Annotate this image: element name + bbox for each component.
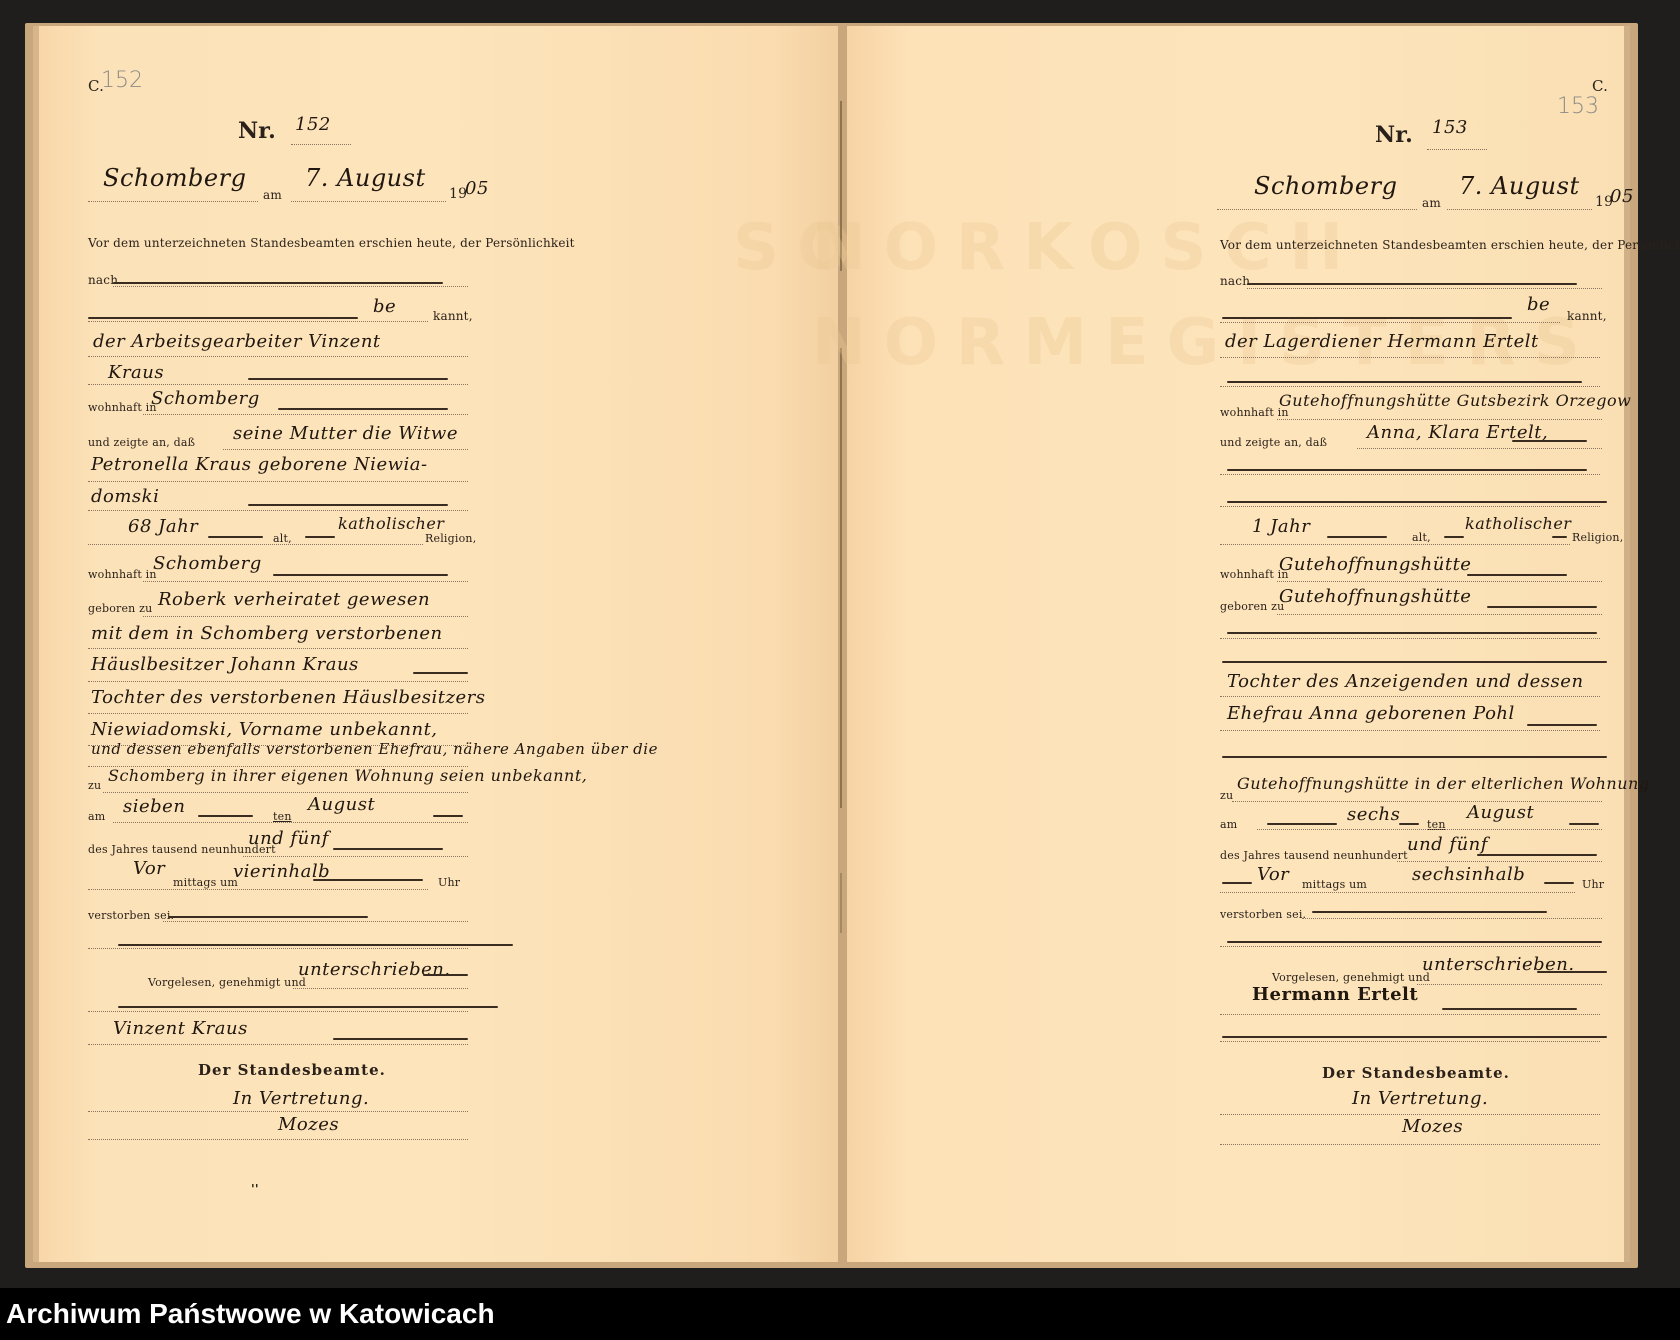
deceased-age: 1 Jahr: [1252, 516, 1310, 537]
ink-fill-line: [1227, 381, 1582, 383]
ink-fill-line: [413, 672, 468, 674]
ink-fill-line: [248, 378, 448, 380]
dotted-line: [1277, 419, 1602, 420]
dotted-line: [1397, 861, 1602, 862]
dotted-line: [1277, 614, 1602, 615]
extra-line-1: Tochter des Anzeigenden und dessen: [1227, 671, 1584, 692]
dotted-line: [1217, 209, 1417, 210]
alt-label: alt,: [1412, 531, 1431, 544]
dotted-line: [1220, 357, 1600, 358]
dotted-line: [88, 948, 468, 949]
dotted-line: [223, 449, 468, 450]
dotted-line: [1220, 638, 1600, 639]
dotted-line: [1277, 581, 1602, 582]
ink-fill-line: [1537, 971, 1607, 973]
wohnhaft-label: wohnhaft in: [88, 401, 157, 414]
record-place: Schomberg: [103, 164, 246, 192]
right-page-record-153: NORKOSCH NORMEGISTERS C. 153 Nr. 153 Sch…: [847, 26, 1630, 1262]
dotted-line: [291, 144, 351, 145]
extra-line-5: und dessen ebenfalls verstorbenen Ehefra…: [91, 740, 658, 758]
dotted-line: [88, 1011, 468, 1012]
wohnhaft-label-2: wohnhaft in: [88, 568, 157, 581]
ink-fill-line: [423, 974, 468, 976]
dotted-line: [1302, 918, 1602, 919]
in-vertretung: In Vertretung.: [1352, 1088, 1488, 1109]
ink-fill-line: [118, 944, 513, 946]
ink-fill-line: [433, 815, 463, 817]
ink-fill-line: [1442, 1008, 1577, 1010]
dotted-line: [113, 286, 468, 287]
informant-signature: Vinzent Kraus: [113, 1018, 248, 1039]
dotted-line: [1232, 801, 1602, 802]
am-label-2: am: [88, 810, 105, 823]
extra-line-1: mit dem in Schomberg verstorbenen: [91, 623, 443, 644]
dotted-line: [88, 713, 468, 714]
uhr-label: Uhr: [1582, 878, 1604, 891]
standesbeamte-heading: Der Standesbeamte.: [1322, 1064, 1510, 1082]
ink-fill-line: [1227, 469, 1587, 471]
am-label: am: [263, 188, 282, 202]
am-label-2: am: [1220, 818, 1237, 831]
preamble-text: Vor dem unterzeichneten Standesbeamten e…: [88, 236, 575, 250]
ink-fill-line: [1222, 756, 1607, 758]
ink-fill-line: [1487, 606, 1597, 608]
dotted-line: [1357, 448, 1602, 449]
page-edge: [1624, 26, 1630, 1262]
informant-line-1: der Arbeitsgearbeiter Vinzent: [93, 331, 381, 352]
deceased-age: 68 Jahr: [128, 516, 198, 537]
dotted-line: [88, 481, 468, 482]
zeigte-an-label: und zeigte an, daß: [88, 436, 195, 449]
extra-line-2: Häuslbesitzer Johann Kraus: [91, 654, 359, 675]
vorgelesen-label: Vorgelesen, genehmigt und: [148, 976, 306, 989]
geboren-label: geboren zu: [88, 602, 152, 615]
dotted-line: [1220, 1041, 1600, 1042]
gutter-stitch: [840, 873, 842, 933]
dotted-line: [243, 856, 468, 857]
dotted-line: [1220, 386, 1600, 387]
official-signature: Mozes: [1402, 1116, 1463, 1137]
record-nr-label: Nr.: [1375, 122, 1413, 148]
dotted-line: [88, 356, 468, 357]
extra-line-3: Tochter des verstorbenen Häuslbesitzers: [91, 687, 485, 708]
ink-fill-line: [333, 1038, 468, 1040]
dotted-line: [88, 384, 468, 385]
death-day: sechs: [1347, 804, 1400, 825]
uhr-label: Uhr: [438, 876, 460, 889]
gutter-stitch: [840, 348, 842, 808]
in-vertretung: In Vertretung.: [233, 1088, 369, 1109]
death-day: sieben: [123, 796, 185, 817]
zeigte-an-label: und zeigte an, daß: [1220, 436, 1327, 449]
religion-value: katholischer: [338, 514, 444, 533]
dotted-line: [163, 921, 468, 922]
dotted-line: [88, 1139, 468, 1140]
deceased-line-1: seine Mutter die Witwe: [233, 423, 458, 444]
dotted-line: [291, 201, 446, 202]
record-date: 7. August: [1459, 172, 1580, 200]
dotted-line: [1220, 474, 1600, 475]
dotted-line: [88, 681, 468, 682]
dotted-line: [88, 321, 428, 322]
informant-line-1: der Lagerdiener Hermann Ertelt: [1225, 331, 1539, 352]
dotted-line: [88, 889, 428, 890]
ink-fill-line: [1527, 724, 1597, 726]
ink-fill-line: [1222, 882, 1252, 884]
deceased-line-2: Petronella Kraus geborene Niewia-: [91, 454, 428, 475]
dotted-line: [1220, 1014, 1600, 1015]
ink-fill-line: [1477, 854, 1597, 856]
nach-label: nach: [1220, 274, 1250, 288]
ink-fill-line: [1467, 574, 1567, 576]
bekannt-handwritten: be: [373, 296, 396, 317]
ink-fill-line: [88, 317, 358, 319]
dotted-line: [103, 792, 468, 793]
religion-label: Religion,: [425, 532, 476, 545]
ink-fill-line: [168, 916, 368, 918]
dotted-line: [1447, 209, 1592, 210]
religion-value: katholischer: [1465, 514, 1571, 533]
ink-fill-line: [305, 536, 335, 538]
page-edge: [33, 26, 39, 1262]
informant-line-2: Kraus: [108, 362, 164, 383]
dotted-line: [88, 201, 258, 202]
record-nr-label: Nr.: [238, 118, 276, 144]
vor-handwritten: Vor: [133, 858, 165, 879]
dotted-line: [143, 616, 468, 617]
ink-fill-line: [208, 536, 263, 538]
ink-fill-line: [1569, 823, 1599, 825]
nach-label: nach: [88, 273, 118, 287]
dotted-line: [1220, 892, 1575, 893]
death-time: sechsinhalb: [1412, 864, 1525, 885]
ink-fill-line: [1552, 536, 1567, 538]
verstorben-label: verstorben sei.: [88, 909, 174, 922]
extra-line-2: Ehefrau Anna geborenen Pohl: [1227, 703, 1515, 724]
dotted-line: [1427, 149, 1487, 150]
deceased-residence: Gutehoffnungshütte: [1279, 554, 1471, 575]
dotted-line: [1417, 984, 1602, 985]
dotted-line: [1220, 544, 1570, 545]
dotted-line: [1220, 322, 1560, 323]
religion-label: Religion,: [1572, 531, 1623, 544]
dotted-line: [88, 510, 468, 511]
vorgelesen-label: Vorgelesen, genehmigt und: [1272, 971, 1430, 984]
dotted-line: [143, 414, 468, 415]
ink-fill-line: [1227, 941, 1602, 943]
year-suffix: 05: [465, 178, 489, 199]
vor-handwritten: Vor: [1257, 864, 1289, 885]
record-nr-value: 152: [295, 114, 331, 135]
dotted-line: [1220, 1144, 1600, 1145]
death-year-words: und fünf: [1407, 834, 1488, 855]
informant-residence: Gutehoffnungshütte Gutsbezirk Orzegow: [1279, 391, 1631, 410]
informant-residence: Schomberg: [151, 388, 260, 409]
dotted-line: [88, 1044, 468, 1045]
deceased-residence: Schomberg: [153, 553, 262, 574]
zu-label: zu: [88, 779, 101, 792]
mittags-label: mittags um: [1302, 878, 1367, 891]
corner-label: C.: [1592, 77, 1608, 95]
ink-fill-line: [248, 504, 448, 506]
geboren-label: geboren zu: [1220, 600, 1284, 613]
record-nr-value: 153: [1432, 117, 1468, 138]
deceased-line-3: domski: [91, 486, 159, 507]
death-year-words: und fünf: [248, 828, 329, 849]
dotted-line: [113, 822, 468, 823]
ink-fill-line: [1227, 501, 1607, 503]
dotted-line: [88, 1111, 468, 1112]
official-signature: Mozes: [278, 1114, 339, 1135]
dotted-line: [88, 544, 423, 545]
ink-fill-line: [1267, 823, 1337, 825]
ink-fill-line: [1222, 1036, 1607, 1038]
stray-mark: '': [251, 1182, 259, 1196]
register-book-spread: SO C. 152 Nr. 152 Schomberg am 7. August…: [25, 23, 1638, 1268]
dotted-line: [293, 988, 468, 989]
ink-fill-line: [313, 879, 423, 881]
ink-fill-line: [1222, 661, 1607, 663]
ink-fill-line: [273, 574, 448, 576]
ink-fill-line: [1544, 882, 1574, 884]
archive-footer-bar: Archiwum Państwowe w Katowicach: [0, 1288, 1680, 1340]
ink-fill-line: [1222, 317, 1512, 319]
death-month: August: [308, 794, 375, 815]
dotted-line: [143, 581, 468, 582]
death-place-line: Gutehoffnungshütte in der elterlichen Wo…: [1237, 774, 1650, 793]
pencil-number: 152: [101, 68, 143, 93]
ink-fill-line: [1312, 911, 1547, 913]
extra-line-4: Niewiadomski, Vorname unbekannt,: [91, 719, 438, 740]
record-place: Schomberg: [1254, 172, 1397, 200]
preamble-text: Vor dem unterzeichneten Standesbeamten e…: [1220, 238, 1680, 252]
scan-background: SO C. 152 Nr. 152 Schomberg am 7. August…: [0, 0, 1680, 1288]
bekannt-label: kannt,: [433, 309, 473, 323]
dotted-line: [1257, 829, 1602, 830]
ink-fill-line: [113, 282, 443, 284]
archive-name: Archiwum Państwowe w Katowicach: [6, 1298, 495, 1330]
death-place-line: Schomberg in ihrer eigenen Wohnung seien…: [108, 766, 587, 785]
ink-fill-line: [1327, 536, 1387, 538]
ink-fill-line: [198, 815, 253, 817]
dotted-line: [88, 648, 468, 649]
ink-fill-line: [1399, 823, 1419, 825]
dotted-line: [1220, 730, 1600, 731]
death-month: August: [1467, 802, 1534, 823]
dotted-line: [1220, 506, 1600, 507]
dotted-line: [1220, 696, 1600, 697]
record-date: 7. August: [305, 164, 426, 192]
bekannt-handwritten: be: [1527, 294, 1550, 315]
am-label: am: [1422, 196, 1441, 210]
standesbeamte-heading: Der Standesbeamte.: [198, 1061, 386, 1079]
ink-fill-line: [1512, 440, 1587, 442]
verstorben-label: verstorben sei.: [1220, 908, 1306, 921]
pencil-number: 153: [1557, 94, 1599, 119]
dotted-line: [1220, 946, 1600, 947]
birthplace-line: Gutehoffnungshütte: [1279, 586, 1471, 607]
dotted-line: [1220, 1114, 1600, 1115]
year-suffix: 05: [1610, 186, 1634, 207]
left-page-record-152: SO C. 152 Nr. 152 Schomberg am 7. August…: [33, 26, 838, 1262]
bekannt-label: kannt,: [1567, 309, 1607, 323]
dotted-line: [1247, 288, 1602, 289]
jahres-label: des Jahres tausend neunhundert: [1220, 849, 1408, 862]
informant-signature: Hermann Ertelt: [1252, 984, 1418, 1005]
birthplace-line: Roberk verheiratet gewesen: [158, 589, 430, 610]
ink-fill-line: [118, 1006, 498, 1008]
mittags-label: mittags um: [173, 876, 238, 889]
ink-fill-line: [278, 408, 448, 410]
ink-fill-line: [1444, 536, 1464, 538]
ink-fill-line: [1247, 283, 1577, 285]
ink-fill-line: [1227, 632, 1597, 634]
ink-fill-line: [333, 848, 443, 850]
unterschrieben-handwritten: unterschrieben.: [298, 959, 451, 980]
